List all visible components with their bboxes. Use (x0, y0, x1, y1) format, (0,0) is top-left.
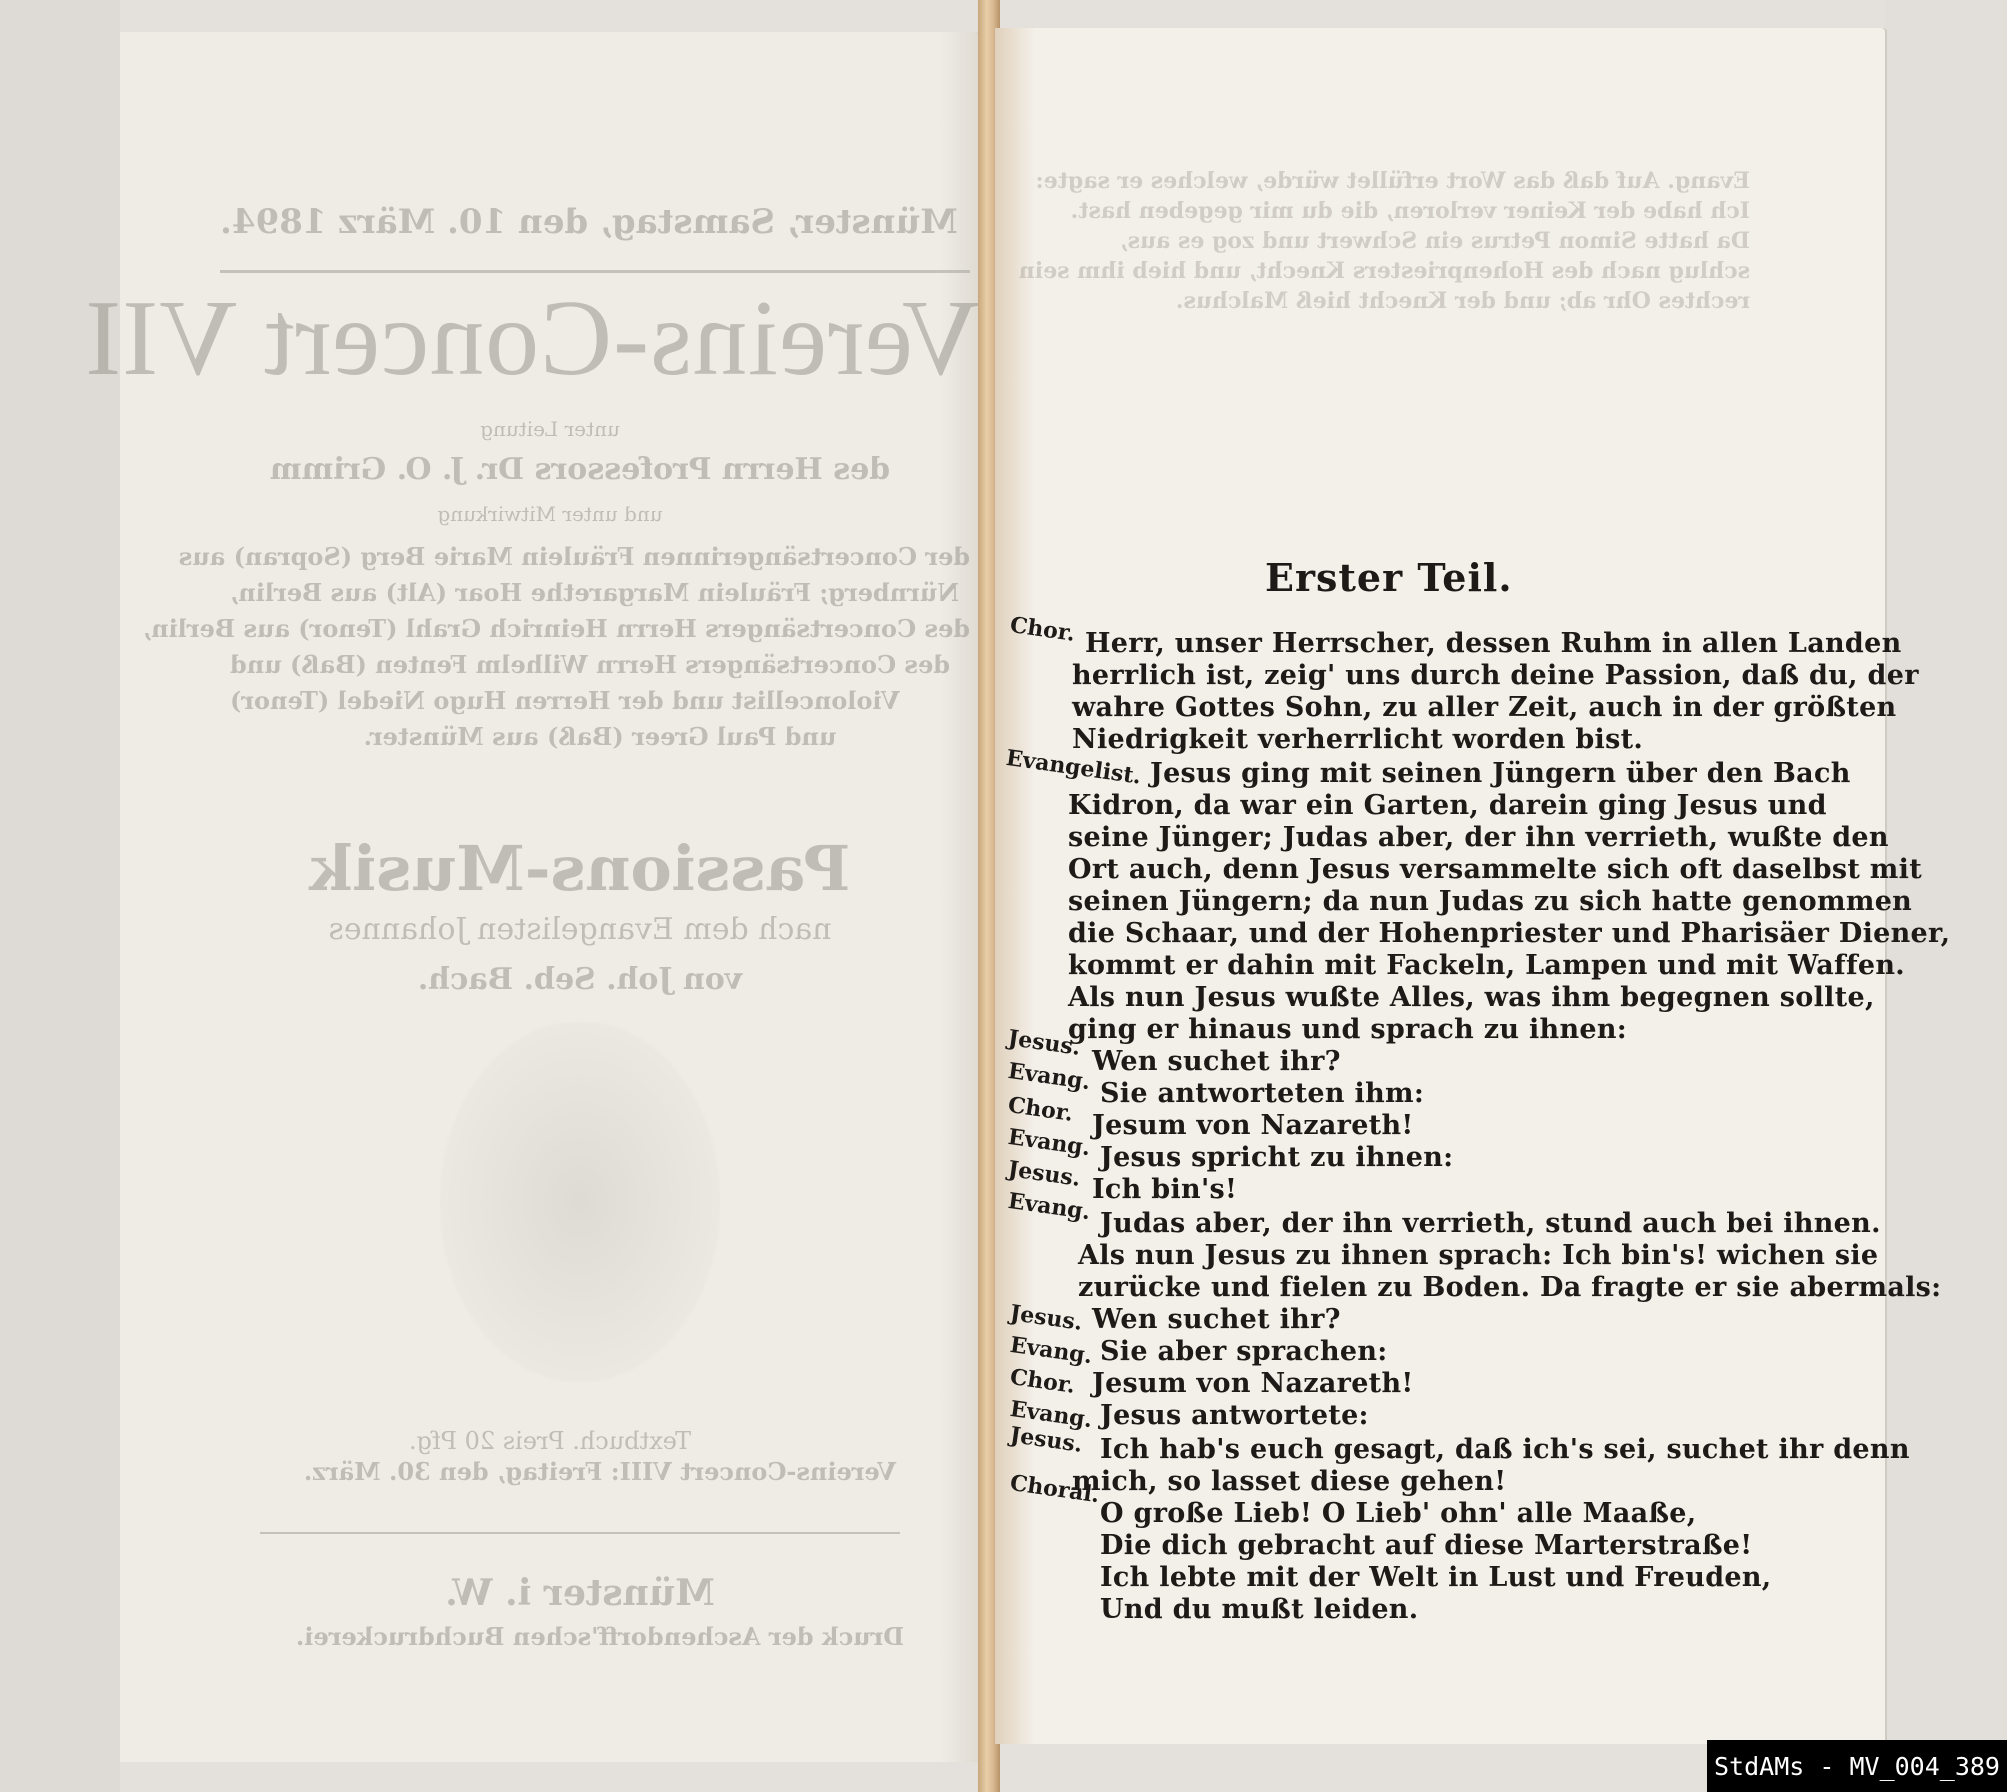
ghost-assist: und unter Mitwirkung (320, 502, 780, 526)
ghost-price: Textbuch. Preis 20 Pfg. (320, 1427, 780, 1455)
ghost-title: Vereins-Concert VII (190, 277, 980, 401)
ghost-work-title: Passions-Musik (280, 832, 880, 905)
text-line: Jesus antwortete: (1100, 1400, 1369, 1431)
ghost-printer: Druck der Aschendorff'schen Buchdruckere… (230, 1622, 970, 1651)
ghost-right-line: Ich habe der Keiner verloren, die du mir… (1010, 198, 1750, 224)
text-line: Jesus ging mit seinen Jüngern über den B… (1150, 758, 1851, 789)
text-line: wahre Gottes Sohn, zu aller Zeit, auch i… (1072, 692, 1897, 723)
text-line: Jesus spricht zu ihnen: (1100, 1142, 1453, 1173)
ghost-right-line: rechtes Ohr ab; und der Knecht hieß Malc… (1010, 288, 1750, 314)
section-heading: Erster Teil. (1265, 555, 1513, 600)
text-line: die Schaar, und der Hohenpriester und Ph… (1068, 918, 1950, 949)
ghost-lyre-ornament (440, 1022, 720, 1382)
ghost-performer: des Concertsängers Herrn Wilhelm Fenten … (230, 650, 970, 679)
ghost-conductor: des Herrn Professors Dr. J. O. Grimm (260, 452, 900, 487)
left-page: Münster, Samstag, den 10. März 1894. Ver… (120, 32, 980, 1762)
text-line: Als nun Jesus zu ihnen sprach: Ich bin's… (1078, 1240, 1878, 1271)
ghost-rule-bottom (260, 1532, 900, 1534)
text-line: Jesum von Nazareth! (1092, 1368, 1414, 1399)
ghost-performer: und Paul Greer (Baß) aus Münster. (230, 722, 970, 751)
text-line: Ich hab's euch gesagt, daß ich's sei, su… (1100, 1434, 1910, 1465)
ghost-performer: der Concertsängerinnen Fräulein Marie Be… (230, 542, 970, 571)
ghost-date-line: Münster, Samstag, den 10. März 1894. (220, 202, 960, 242)
ghost-right-line: schlug nach des Hohenpriesters Knecht, u… (1010, 258, 1750, 284)
text-line: Wen suchet ihr? (1092, 1046, 1341, 1077)
text-line: Wen suchet ihr? (1092, 1304, 1341, 1335)
ghost-right-line: Da hatte Simon Petrus ein Schwert und zo… (1010, 228, 1750, 254)
ghost-performer: des Concertsängers Herrn Heinrich Grahl … (230, 614, 970, 643)
text-line: Sie aber sprachen: (1100, 1336, 1388, 1367)
text-line: Ort auch, denn Jesus versammelte sich of… (1068, 854, 1922, 885)
text-line: Jesum von Nazareth! (1092, 1110, 1414, 1141)
ghost-performer: Nürnberg; Fräulein Margarethe Hoar (Alt)… (230, 578, 970, 607)
ghost-composer: von Joh. Seb. Bach. (260, 962, 900, 997)
text-line: Sie antworteten ihm: (1100, 1078, 1424, 1109)
ghost-under: unter Leitung (320, 417, 780, 441)
text-line: herrlich ist, zeig' uns durch deine Pass… (1072, 660, 1919, 691)
text-line: mich, so lasset diese gehen! (1072, 1466, 1506, 1497)
text-line: kommt er dahin mit Fackeln, Lampen und m… (1068, 950, 1905, 981)
ghost-performer: Violoncellist und der Herren Hugo Niedel… (230, 686, 970, 715)
text-line: Ich lebte mit der Welt in Lust und Freud… (1100, 1562, 1772, 1593)
ghost-work-subtitle: nach dem Evangelisten Johannes (260, 912, 900, 947)
ghost-next-concert: Vereins-Concert VIII: Freitag, den 30. M… (230, 1457, 970, 1486)
text-line: Ich bin's! (1092, 1174, 1237, 1205)
ghost-right-line: Evang. Auf daß das Wort erfüllet würde, … (1010, 168, 1750, 194)
text-line: seinen Jüngern; da nun Judas zu sich hat… (1068, 886, 1912, 917)
text-line: seine Jünger; Judas aber, der ihn verrie… (1068, 822, 1889, 853)
archive-id-label: StdAMs - MV_004_389 (1707, 1740, 2007, 1792)
text-line: zurücke und fielen zu Boden. Da fragte e… (1078, 1272, 1941, 1303)
text-line: Kidron, da war ein Garten, darein ging J… (1068, 790, 1827, 821)
text-line: O große Lieb! O Lieb' ohn' alle Maaße, (1100, 1498, 1696, 1529)
text-line: Herr, unser Herrscher, dessen Ruhm in al… (1085, 628, 1902, 659)
text-line: Und du mußt leiden. (1100, 1594, 1418, 1625)
text-line: Die dich gebracht auf diese Marterstraße… (1100, 1530, 1752, 1561)
scan-background-left (0, 0, 120, 1792)
ghost-rule (220, 270, 970, 273)
text-line: ging er hinaus und sprach zu ihnen: (1068, 1014, 1627, 1045)
text-line: Als nun Jesus wußte Alles, was ihm begeg… (1068, 982, 1875, 1013)
ghost-city: Münster i. W. (260, 1572, 900, 1614)
text-line: Judas aber, der ihn verrieth, stund auch… (1100, 1208, 1881, 1239)
text-line: Niedrigkeit verherrlicht worden bist. (1072, 724, 1643, 755)
